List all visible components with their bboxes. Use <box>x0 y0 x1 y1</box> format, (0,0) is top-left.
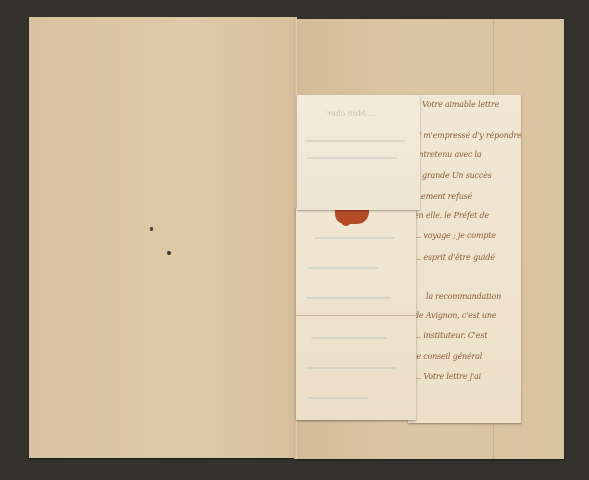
letter-line: grande Un succès <box>422 171 492 180</box>
letter-line: ai m'empressé d'y répondre <box>414 131 522 140</box>
letter-line: ... instituteur. C'est <box>414 331 487 340</box>
ink-spot <box>150 227 153 231</box>
ink-spot <box>167 251 171 255</box>
letter-line: ... esprit d'être guidé <box>414 253 495 262</box>
letter-line: Votre aimable lettre <box>422 100 499 109</box>
folder-left-leaf <box>29 17 296 458</box>
letter-line: en elle. le Préfet de <box>414 211 489 220</box>
letter-line: le conseil général <box>414 352 482 361</box>
handwritten-letter: Votre aimable lettre ai m'empressé d'y r… <box>408 95 521 423</box>
folded-note <box>296 207 416 420</box>
letter-line: ... voyage ; je compte <box>414 231 496 240</box>
letter-line: entretenu avec la <box>414 150 481 159</box>
letter-line: ... Votre lettre j'ai <box>414 372 481 381</box>
fold-line <box>296 315 416 316</box>
envelope-flap: ... Mon cher <box>297 95 420 210</box>
letter-line: de Avignon, c'est une <box>414 311 496 320</box>
mirrored-text: ... Mon cher <box>327 109 376 118</box>
letter-line: ...ement refusé <box>414 192 472 201</box>
letter-line: la recommandation <box>426 292 501 301</box>
